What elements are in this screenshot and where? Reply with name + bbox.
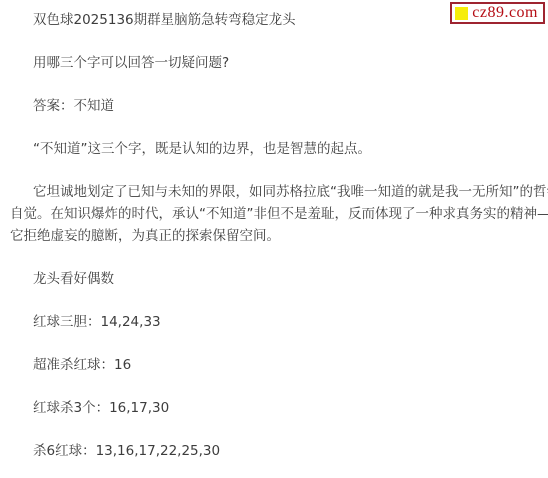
paragraph-kill-red: 超准杀红球：16 <box>10 354 545 376</box>
paragraph-dragon-head: 龙头看好偶数 <box>10 268 545 290</box>
paragraph-line: 龙头看好偶数 <box>10 268 545 290</box>
paragraph-red-three-dan: 红球三胆：14,24,33 <box>10 311 545 333</box>
paragraph-commentary-1: “不知道”这三个字，既是认知的边界，也是智慧的起点。 <box>10 138 545 160</box>
paragraph-line: 超准杀红球：16 <box>10 354 545 376</box>
article: 双色球2025136期群星脑筋急转弯稳定龙头 用哪三个字可以回答一切疑问题? 答… <box>10 9 545 478</box>
paragraph-kill-3-red: 红球杀3个：16,17,30 <box>10 397 545 419</box>
article-title: 双色球2025136期群星脑筋急转弯稳定龙头 <box>10 9 545 31</box>
paragraph-line: 红球杀3个：16,17,30 <box>10 397 545 419</box>
paragraph-question: 用哪三个字可以回答一切疑问题? <box>10 52 545 74</box>
paragraph-line: 用哪三个字可以回答一切疑问题? <box>10 52 545 74</box>
paragraph-line: “不知道”这三个字，既是认知的边界，也是智慧的起点。 <box>10 138 545 160</box>
paragraph-answer: 答案：不知道 <box>10 95 545 117</box>
paragraph-line: 杀6红球：13,16,17,22,25,30 <box>10 440 545 462</box>
paragraph-line: 自觉。在知识爆炸的时代，承认“不知道”非但不是羞耻，反而体现了一种求真务实的精神… <box>10 203 545 225</box>
paragraph-line: 答案：不知道 <box>10 95 545 117</box>
paragraph-line: 它拒绝虚妄的臆断，为真正的探索保留空间。 <box>10 225 545 247</box>
paragraph-kill-6-red: 杀6红球：13,16,17,22,25,30 <box>10 440 545 462</box>
paragraph-line: 红球三胆：14,24,33 <box>10 311 545 333</box>
paragraph-commentary-2: 它坦诚地划定了已知与未知的界限，如同苏格拉底“我唯一知道的就是我一无所知”的哲学… <box>10 181 545 247</box>
paragraph-line: 它坦诚地划定了已知与未知的界限，如同苏格拉底“我唯一知道的就是我一无所知”的哲学 <box>10 181 545 203</box>
article-title-paragraph: 双色球2025136期群星脑筋急转弯稳定龙头 <box>10 9 545 31</box>
page: { "page": { "background": "#ffffff", "te… <box>0 0 548 478</box>
